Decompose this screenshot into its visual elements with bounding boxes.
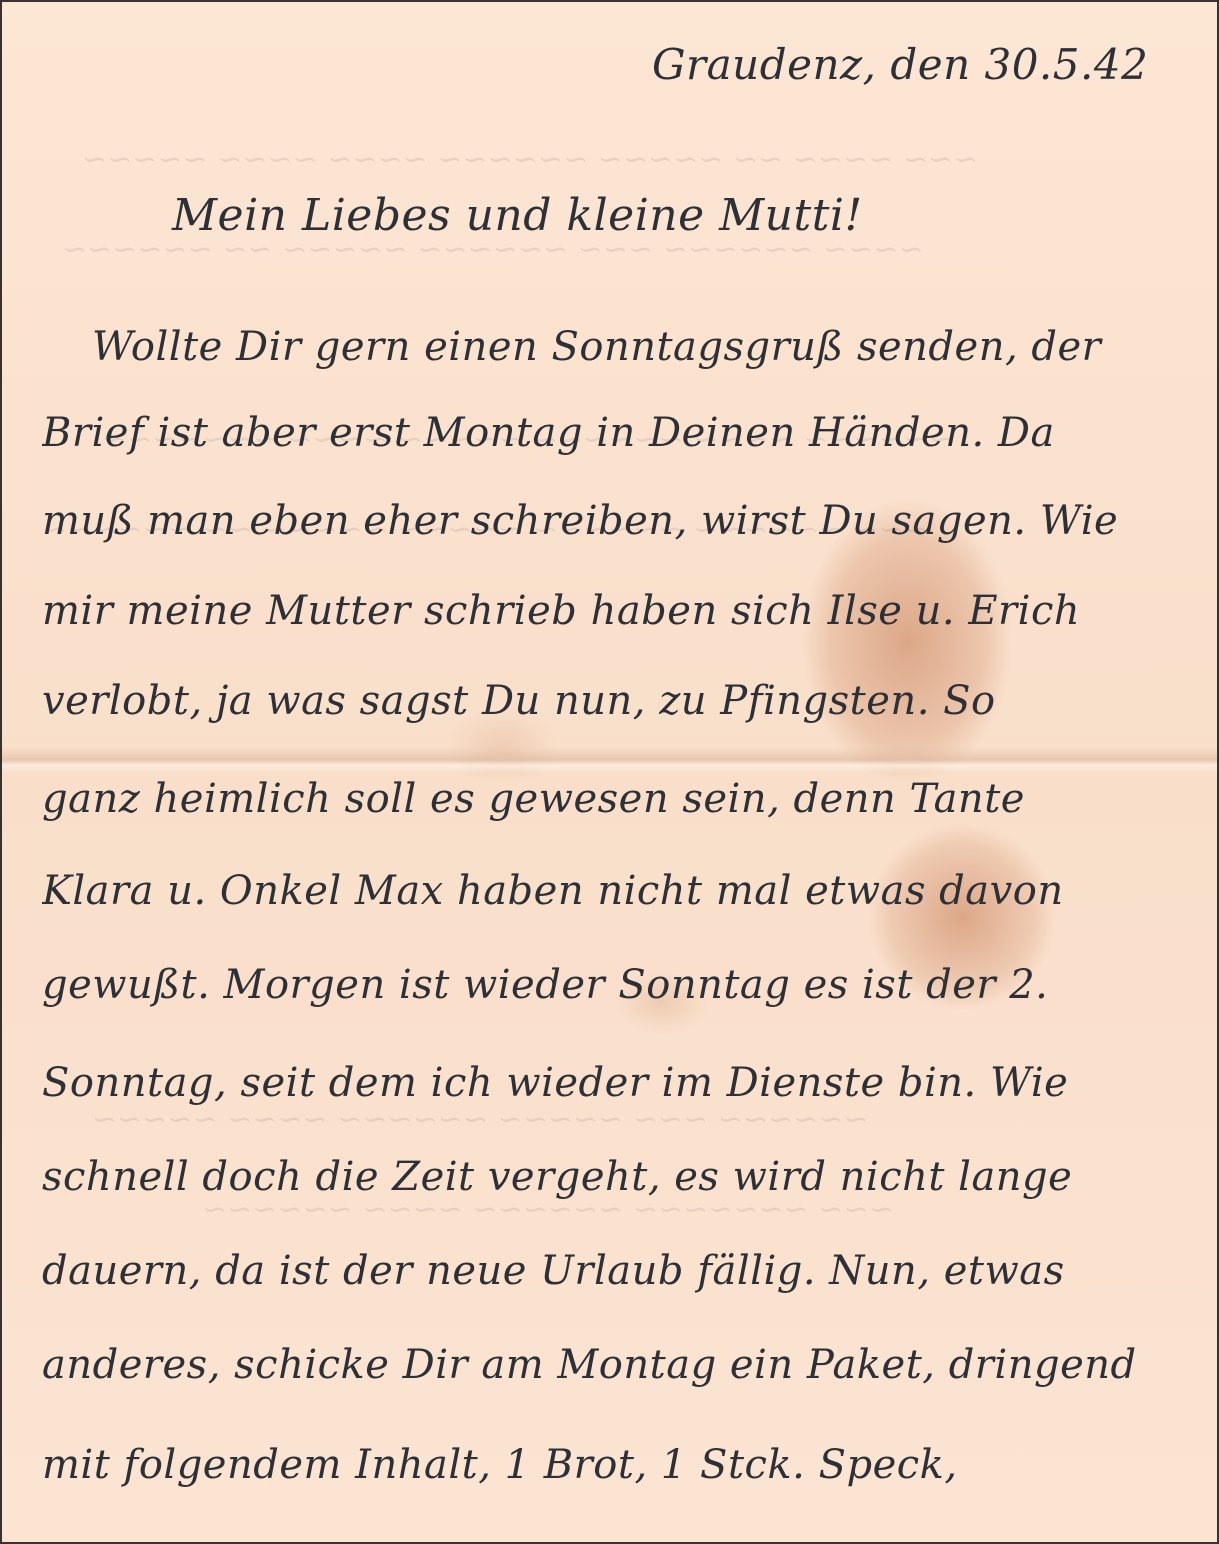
letter-line: Brief ist aber erst Montag in Deinen Hän… [42,410,1202,456]
letter-line: schnell doch die Zeit vergeht, es wird n… [42,1154,1202,1200]
letter-line: Wollte Dir gern einen Sonntagsgruß sende… [92,324,1202,370]
letter-line: mir meine Mutter schrieb haben sich Ilse… [42,588,1202,634]
letter-place-date: Graudenz, den 30.5.42 [652,40,1148,89]
letter-line: muß man eben eher schreiben, wirst Du sa… [42,498,1202,544]
letter-salutation: Mein Liebes und kleine Mutti! [172,190,863,241]
letter-line: verlobt, ja was sagst Du nun, zu Pfingst… [42,678,1202,724]
letter-line: Sonntag, seit dem ich wieder im Dienste … [42,1060,1202,1106]
letter-line: anderes, schicke Dir am Montag ein Paket… [42,1342,1202,1388]
letter-line: Klara u. Onkel Max haben nicht mal etwas… [42,868,1202,914]
letter-line: dauern, da ist der neue Urlaub fällig. N… [42,1248,1202,1294]
letter-line: ganz heimlich soll es gewesen sein, denn… [42,776,1202,822]
letter-line: mit folgendem Inhalt, 1 Brot, 1 Stck. Sp… [42,1442,1202,1488]
letter-page: ~~~ ~~~~ ~~ ~~~~~ ~~~~~~ ~~~~ ~~~~ ~~~~~… [0,0,1219,1544]
paper-fold-crease [2,747,1217,773]
bleed-through-shadow: ~~~ ~~~~ ~~ ~~~~~ ~~~~~~ ~~~~ ~~~~ ~~~~~ [82,142,978,177]
bleed-through-shadow: ~~~~~~ ~~~ ~~~~~ ~~~~~~ ~~~~ ~~~~~ [92,1102,869,1137]
letter-line: gewußt. Morgen ist wieder Sonntag es ist… [42,962,1202,1008]
